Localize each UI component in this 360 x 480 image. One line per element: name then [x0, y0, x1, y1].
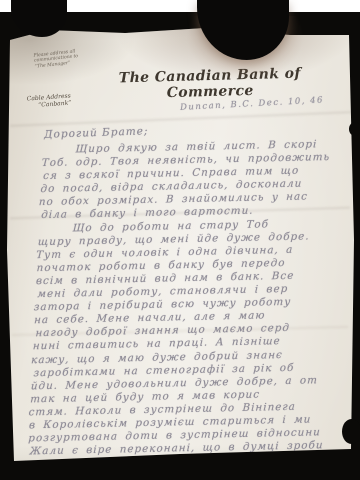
photo-frame: Please address allcommunications to“The …: [0, 0, 360, 480]
letter-paper: Please address allcommunications to“The …: [0, 0, 360, 480]
small-nick-right-edge: [349, 122, 360, 136]
cable-address-block: Cable Address “Canbank”: [27, 92, 72, 109]
letter-body: Щиро дякую за твій лист. В скоріТоб. одр…: [27, 138, 348, 459]
letter-salutation: Дорогий Брате;: [44, 125, 149, 141]
cable-address-name: “Canbank”: [38, 99, 72, 108]
torn-notch-right-edge: [342, 419, 360, 444]
fold-crease: [10, 111, 352, 127]
letterhead-address-note: Please address allcommunications to“The …: [33, 46, 104, 69]
